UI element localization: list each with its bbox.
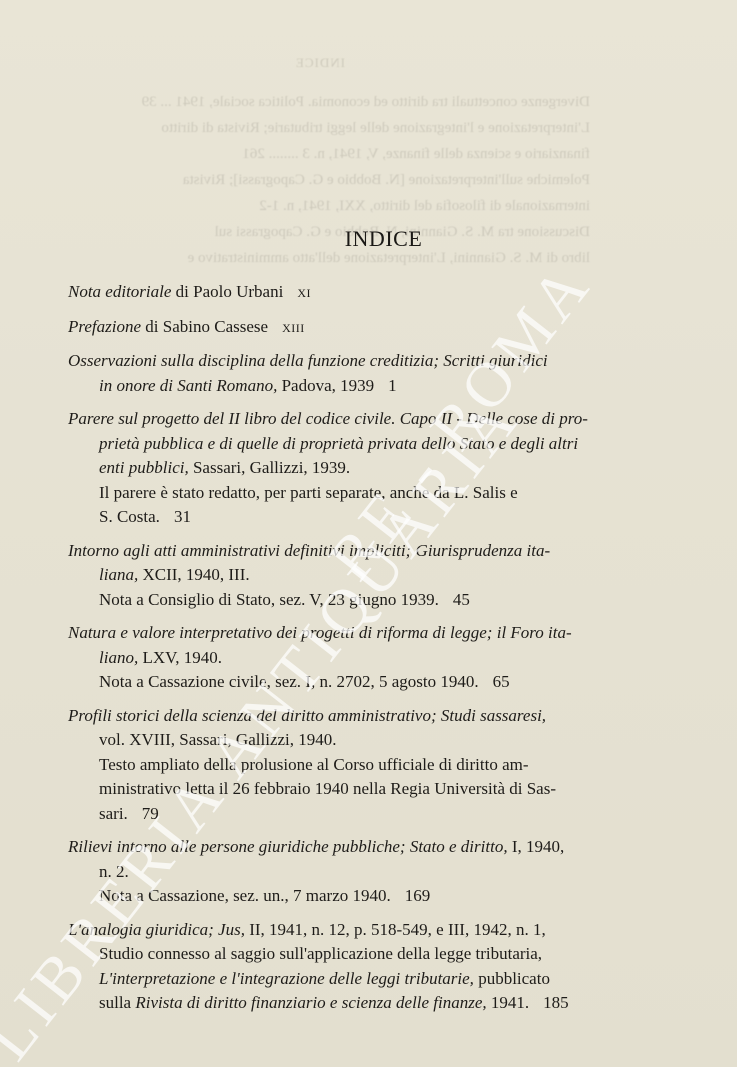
toc-entry-text: prietà pubblica e di quelle di proprietà… — [99, 434, 578, 453]
book-page: INDICE Divergenze concettuali tra diritt… — [0, 0, 737, 1067]
toc-entry-continuation-line: Nota a Cassazione civile, sez. I, n. 270… — [68, 670, 584, 695]
page-number: 65 — [493, 672, 510, 691]
page-number: 31 — [174, 507, 191, 526]
toc-entry-text: Nota editoriale di Paolo Urbani — [68, 282, 283, 301]
toc-entry-title-line: Intorno agli atti amministrativi definit… — [68, 539, 584, 564]
toc-entry-continuation-line: Il parere è stato redatto, per parti sep… — [68, 481, 584, 506]
page-title: INDICE — [0, 226, 737, 252]
page-number: 169 — [405, 886, 431, 905]
italic-title-text: L'analogia giuridica; Jus, — [68, 920, 245, 939]
page-number: 45 — [453, 590, 470, 609]
toc-entry-title-line: Nota editoriale di Paolo UrbaniXI — [68, 280, 584, 306]
toc-entry: Prefazione di Sabino CasseseXIII — [68, 315, 584, 341]
bleed-row: Divergenze concettuali tra diritto ed ec… — [50, 90, 590, 116]
plain-text: Il parere è stato redatto, per parti sep… — [99, 483, 518, 502]
italic-title-text: in onore di Santi Romano, — [99, 376, 277, 395]
italic-title-text: liano, — [99, 648, 138, 667]
toc-entry-continuation-line: Nota a Consiglio di Stato, sez. V, 23 gi… — [68, 588, 584, 613]
toc-entry-continuation-line: sari.79 — [68, 802, 584, 827]
toc-entry-continuation-line: Nota a Cassazione, sez. un., 7 marzo 194… — [68, 884, 584, 909]
plain-text: n. 2. — [99, 862, 129, 881]
toc-entry: Osservazioni sulla disciplina della funz… — [68, 349, 584, 398]
toc-entry-continuation-line: enti pubblici, Sassari, Gallizzi, 1939. — [68, 456, 584, 481]
toc-entry-text: Nota a Cassazione, sez. un., 7 marzo 194… — [99, 886, 391, 905]
toc-entry-text: L'analogia giuridica; Jus, II, 1941, n. … — [68, 920, 546, 939]
plain-text: vol. XVIII, Sassari, Gallizzi, 1940. — [99, 730, 336, 749]
plain-text: XCII, 1940, III. — [138, 565, 249, 584]
toc-entry-text: n. 2. — [99, 862, 129, 881]
toc-entry-title-line: Parere sul progetto del II libro del cod… — [68, 407, 584, 432]
toc-entry-continuation-line: ministrativo letta il 26 febbraio 1940 n… — [68, 777, 584, 802]
page-number: 185 — [543, 993, 569, 1012]
toc-entry: Profili storici della scienza del diritt… — [68, 704, 584, 827]
page-number: 1 — [388, 376, 397, 395]
toc-entry-text: S. Costa. — [99, 507, 160, 526]
plain-text: I, 1940, — [508, 837, 565, 856]
plain-text: 1941. — [487, 993, 530, 1012]
bleed-row: internazionale di filosofia del diritto,… — [50, 194, 590, 220]
italic-title-text: Natura e valore interpretativo dei proge… — [68, 623, 572, 642]
plain-text: di Sabino Cassese — [141, 317, 268, 336]
toc-entry-text: Intorno agli atti amministrativi definit… — [68, 541, 550, 560]
table-of-contents: Nota editoriale di Paolo UrbaniXIPrefazi… — [68, 280, 584, 1025]
bleed-header: INDICE — [50, 50, 590, 90]
toc-entry-text: liana, XCII, 1940, III. — [99, 565, 250, 584]
toc-entry-text: Osservazioni sulla disciplina della funz… — [68, 351, 548, 370]
toc-entry-title-line: Natura e valore interpretativo dei proge… — [68, 621, 584, 646]
toc-entry-text: sari. — [99, 804, 128, 823]
toc-entry-continuation-line: n. 2. — [68, 860, 584, 885]
toc-entry-continuation-line: Testo ampliato della prolusione al Corso… — [68, 753, 584, 778]
toc-entry-text: enti pubblici, Sassari, Gallizzi, 1939. — [99, 458, 350, 477]
toc-entry-text: Prefazione di Sabino Cassese — [68, 317, 268, 336]
toc-entry-title-line: L'analogia giuridica; Jus, II, 1941, n. … — [68, 918, 584, 943]
toc-entry-continuation-line: liano, LXV, 1940. — [68, 646, 584, 671]
toc-entry-continuation-line: sulla Rivista di diritto finanziario e s… — [68, 991, 584, 1016]
italic-title-text: Prefazione — [68, 317, 141, 336]
plain-text: LXV, 1940. — [138, 648, 222, 667]
toc-entry: Rilievi intorno alle persone giuridiche … — [68, 835, 584, 909]
bleed-row: Polemiche sull'interpretazione [N. Bobbi… — [50, 168, 590, 194]
bleed-header-title: INDICE — [295, 55, 345, 70]
plain-text: S. Costa. — [99, 507, 160, 526]
toc-entry-continuation-line: in onore di Santi Romano, Padova, 19391 — [68, 374, 584, 399]
toc-entry-continuation-line: S. Costa.31 — [68, 505, 584, 530]
toc-entry-text: Nota a Consiglio di Stato, sez. V, 23 gi… — [99, 590, 439, 609]
toc-entry-text: Parere sul progetto del II libro del cod… — [68, 409, 588, 428]
page-number: XIII — [282, 321, 305, 335]
italic-title-text: Osservazioni sulla disciplina della funz… — [68, 351, 548, 370]
italic-title-text: Nota editoriale — [68, 282, 171, 301]
toc-entry-text: sulla Rivista di diritto finanziario e s… — [99, 993, 529, 1012]
toc-entry-text: Natura e valore interpretativo dei proge… — [68, 623, 572, 642]
bleed-row: L'interpretazione e l'integrazione delle… — [50, 116, 590, 142]
italic-title-text: L'interpretazione e l'integrazione delle… — [99, 969, 474, 988]
plain-text: sulla — [99, 993, 135, 1012]
toc-entry-text: liano, LXV, 1940. — [99, 648, 222, 667]
plain-text: Nota a Consiglio di Stato, sez. V, 23 gi… — [99, 590, 439, 609]
toc-entry-text: Testo ampliato della prolusione al Corso… — [99, 755, 529, 774]
plain-text: Nota a Cassazione, sez. un., 7 marzo 194… — [99, 886, 391, 905]
italic-title-text: Rilievi intorno alle persone giuridiche … — [68, 837, 508, 856]
toc-entry-text: vol. XVIII, Sassari, Gallizzi, 1940. — [99, 730, 336, 749]
plain-text: Studio connesso al saggio sull'applicazi… — [99, 944, 542, 963]
toc-entry-text: Nota a Cassazione civile, sez. I, n. 270… — [99, 672, 479, 691]
italic-title-text: Rivista di diritto finanziario e scienza… — [135, 993, 486, 1012]
plain-text: Testo ampliato della prolusione al Corso… — [99, 755, 529, 774]
plain-text: ministrativo letta il 26 febbraio 1940 n… — [99, 779, 556, 798]
plain-text: Padova, 1939 — [277, 376, 374, 395]
italic-title-text: Parere sul progetto del II libro del cod… — [68, 409, 588, 428]
toc-entry: Intorno agli atti amministrativi definit… — [68, 539, 584, 613]
toc-entry-continuation-line: liana, XCII, 1940, III. — [68, 563, 584, 588]
toc-entry-text: in onore di Santi Romano, Padova, 1939 — [99, 376, 374, 395]
toc-entry: Nota editoriale di Paolo UrbaniXI — [68, 280, 584, 306]
plain-text: sari. — [99, 804, 128, 823]
plain-text: Nota a Cassazione civile, sez. I, n. 270… — [99, 672, 479, 691]
italic-title-text: prietà pubblica e di quelle di proprietà… — [99, 434, 578, 453]
plain-text: Sassari, Gallizzi, 1939. — [189, 458, 350, 477]
toc-entry: Parere sul progetto del II libro del cod… — [68, 407, 584, 530]
toc-entry-text: Studio connesso al saggio sull'applicazi… — [99, 944, 542, 963]
italic-title-text: liana, — [99, 565, 138, 584]
plain-text: pubblicato — [474, 969, 550, 988]
toc-entry-text: Il parere è stato redatto, per parti sep… — [99, 483, 518, 502]
toc-entry-text: Profili storici della scienza del diritt… — [68, 706, 546, 725]
toc-entry-continuation-line: Studio connesso al saggio sull'applicazi… — [68, 942, 584, 967]
toc-entry-continuation-line: prietà pubblica e di quelle di proprietà… — [68, 432, 584, 457]
bleed-row: finanziario e scienza delle finanze, V, … — [50, 142, 590, 168]
toc-entry: L'analogia giuridica; Jus, II, 1941, n. … — [68, 918, 584, 1016]
toc-entry-title-line: Prefazione di Sabino CasseseXIII — [68, 315, 584, 341]
toc-entry-title-line: Osservazioni sulla disciplina della funz… — [68, 349, 584, 374]
italic-title-text: enti pubblici, — [99, 458, 189, 477]
toc-entry-continuation-line: L'interpretazione e l'integrazione delle… — [68, 967, 584, 992]
italic-title-text: Profili storici della scienza del diritt… — [68, 706, 546, 725]
toc-entry-continuation-line: vol. XVIII, Sassari, Gallizzi, 1940. — [68, 728, 584, 753]
italic-title-text: Intorno agli atti amministrativi definit… — [68, 541, 550, 560]
plain-text: II, 1941, n. 12, p. 518-549, e III, 1942… — [245, 920, 546, 939]
toc-entry-title-line: Rilievi intorno alle persone giuridiche … — [68, 835, 584, 860]
toc-entry-text: L'interpretazione e l'integrazione delle… — [99, 969, 550, 988]
toc-entry-text: ministrativo letta il 26 febbraio 1940 n… — [99, 779, 556, 798]
toc-entry-text: Rilievi intorno alle persone giuridiche … — [68, 837, 564, 856]
plain-text: di Paolo Urbani — [171, 282, 283, 301]
page-number: 79 — [142, 804, 159, 823]
toc-entry-title-line: Profili storici della scienza del diritt… — [68, 704, 584, 729]
toc-entry: Natura e valore interpretativo dei proge… — [68, 621, 584, 695]
page-number: XI — [297, 286, 311, 300]
